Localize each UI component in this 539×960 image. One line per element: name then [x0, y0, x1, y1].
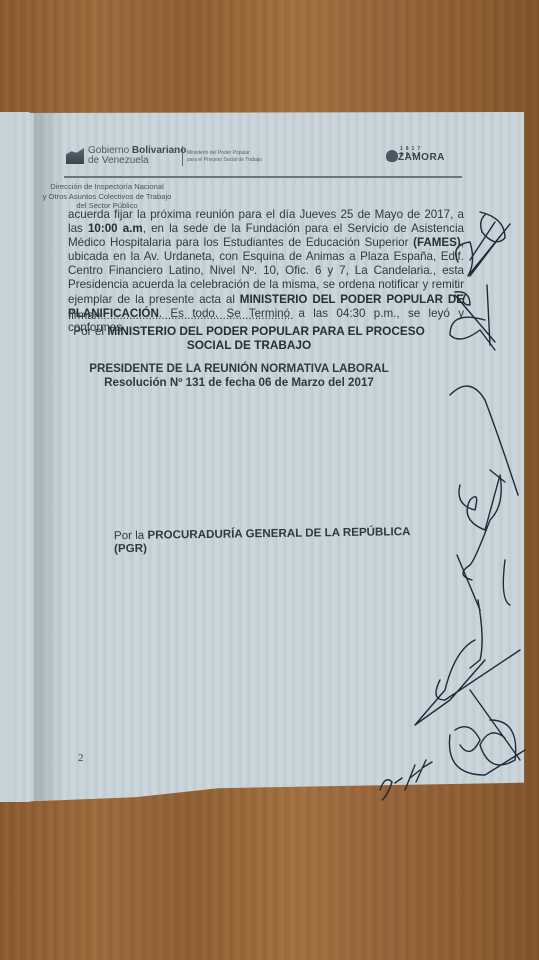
page-number: 2 — [78, 752, 84, 764]
firman-line: firman..................................… — [68, 309, 293, 322]
letterhead-rule — [64, 176, 462, 178]
zamora-emblem-icon — [386, 150, 398, 162]
ministry-signatory-heading: Por el MINISTERIO DEL PODER POPULAR PARA… — [54, 324, 444, 352]
president-title-block: PRESIDENTE DE LA REUNIÓN NORMATIVA LABOR… — [74, 362, 404, 390]
department-heading: Dirección de Inspectoría Nacional y Otro… — [42, 182, 172, 211]
pgr-signatory-heading: Por la PROCURADURÍA GENERAL DE LA REPÚBL… — [114, 525, 434, 555]
binding-shadow — [34, 112, 64, 802]
document-page: Gobierno Bolivariano de Venezuela Minist… — [14, 112, 524, 802]
letterhead-separator — [182, 146, 183, 166]
letterhead: Gobierno Bolivariano de Venezuela Minist… — [66, 144, 466, 174]
government-name: Gobierno Bolivariano de Venezuela — [88, 146, 186, 166]
zamora-bicentennial-logo: 1817 2017 ZAMORA — [384, 146, 444, 170]
government-logo-icon — [66, 148, 84, 164]
ministry-name: Ministerio del Poder Popular para el Pro… — [187, 150, 262, 164]
